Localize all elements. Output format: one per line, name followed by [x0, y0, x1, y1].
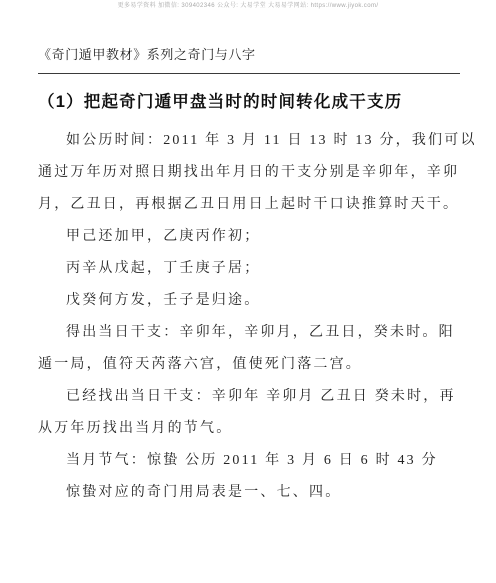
watermark-header: 更多易学资料 加微信: 309402346 公众号: 大易学堂 大易易学网站: … — [0, 2, 496, 10]
page: { "watermark": { "text": "更多易学资料 加微信: 30… — [0, 0, 496, 583]
document-body: 《奇门遁甲教材》系列之奇门与八字 （1）把起奇门遁甲盘当时的时间转化成干支历 如… — [38, 46, 460, 509]
paragraph-line: 从万年历找出当月的节气。 — [38, 413, 460, 445]
paragraph-line: 惊蛰对应的奇门用局表是一、七、四。 — [38, 477, 460, 509]
series-title: 《奇门遁甲教材》系列之奇门与八字 — [38, 46, 460, 74]
paragraph-line: 甲己还加甲，乙庚丙作初； — [38, 221, 460, 253]
paragraph-line: 通过万年历对照日期找出年月日的干支分别是辛卯年，辛卯 — [38, 157, 460, 189]
paragraph-line: 丙辛从戊起，丁壬庚子居； — [38, 253, 460, 285]
paragraph-container: 如公历时间：2011 年 3 月 11 日 13 时 13 分，我们可以通过万年… — [38, 125, 460, 509]
section-heading: （1）把起奇门遁甲盘当时的时间转化成干支历 — [38, 91, 460, 113]
paragraph-line: 月，乙丑日，再根据乙丑日用日上起时干口诀推算时天干。 — [38, 189, 460, 221]
paragraph-line: 遁一局，值符天芮落六宫，值使死门落二宫。 — [38, 349, 460, 381]
paragraph-line: 戊癸何方发，壬子是归途。 — [38, 285, 460, 317]
paragraph-line: 已经找出当日干支：辛卯年 辛卯月 乙丑日 癸未时，再 — [38, 381, 460, 413]
paragraph-line: 得出当日干支：辛卯年，辛卯月，乙丑日，癸未时。阳 — [38, 317, 460, 349]
paragraph-line: 如公历时间：2011 年 3 月 11 日 13 时 13 分，我们可以 — [38, 125, 460, 157]
paragraph-line: 当月节气：惊蛰 公历 2011 年 3 月 6 日 6 时 43 分 — [38, 445, 460, 477]
